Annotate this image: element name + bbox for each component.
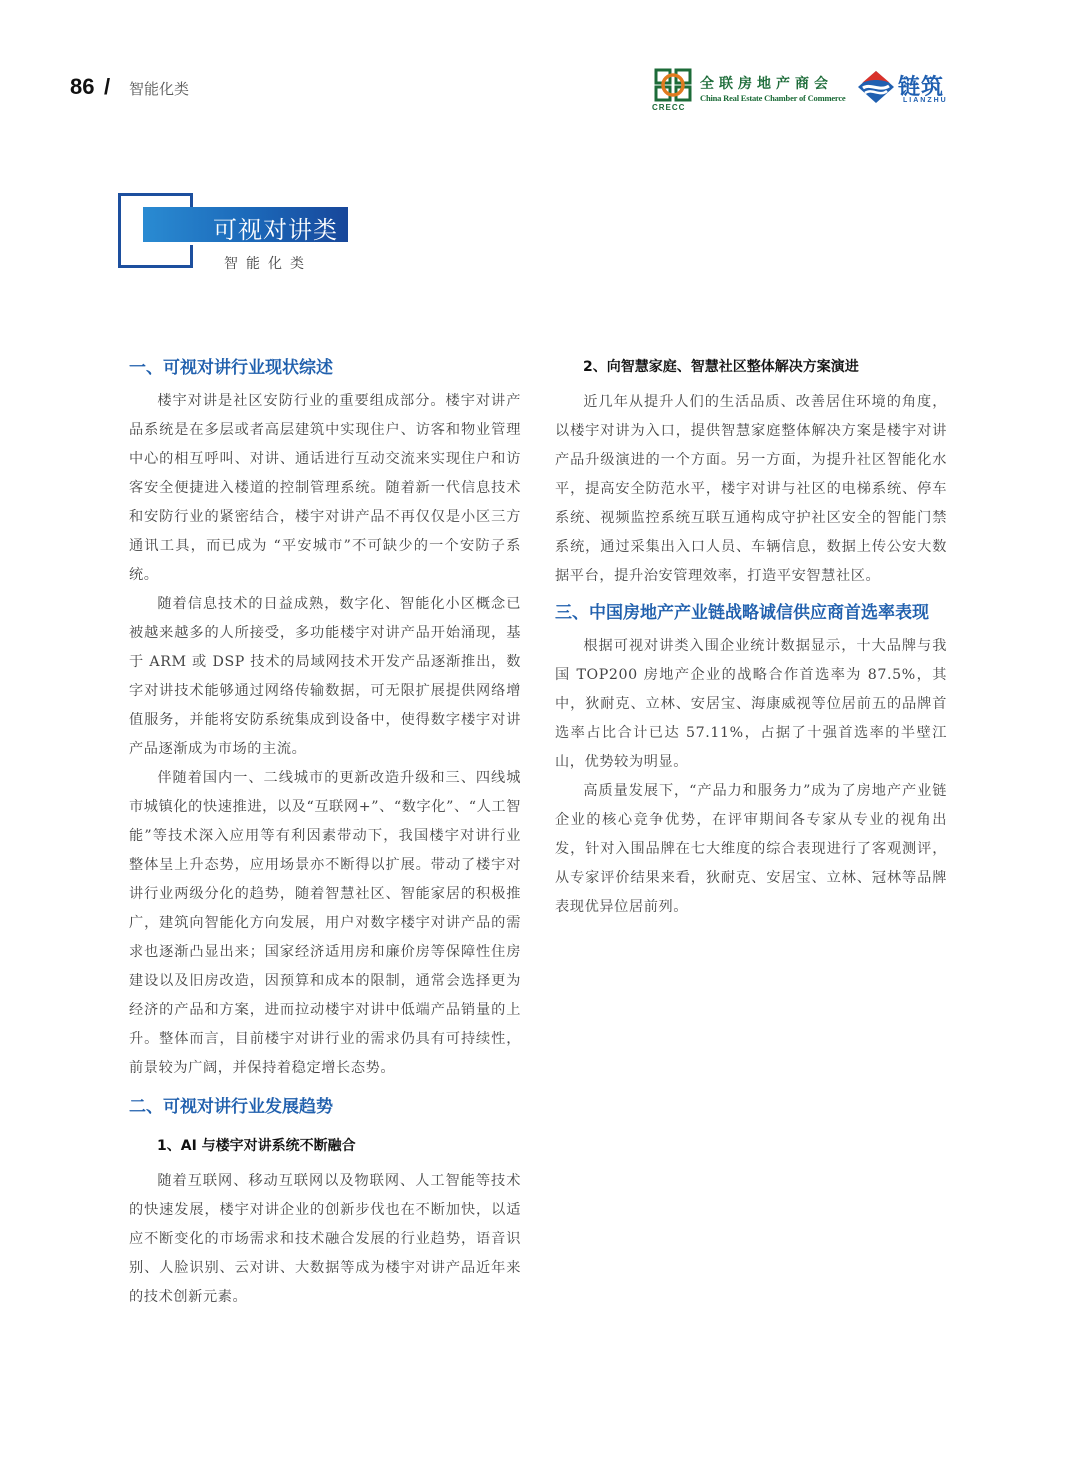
paragraph: 随着信息技术的日益成熟，数字化、智能化小区概念已被越来越多的人所接受，多功能楼宇… [129, 590, 521, 764]
category-title-block: 可视对讲类 智能化类 [118, 193, 358, 273]
header-section-name: 智能化类 [129, 78, 189, 99]
lianzhu-en-name: LIANZHU [903, 97, 948, 104]
paragraph: 高质量发展下，“产品力和服务力”成为了房地产产业链企业的核心竞争优势，在评审期间… [555, 777, 947, 922]
header-separator: / [104, 74, 110, 100]
right-column: 2、向智慧家庭、智慧社区整体解决方案演进 近几年从提升人们的生活品质、改善居住环… [555, 356, 947, 922]
crecc-logo-icon [654, 68, 692, 102]
frame-bottom [118, 265, 193, 268]
frame-left [118, 193, 121, 268]
subsection-heading-2: 2、向智慧家庭、智慧社区整体解决方案演进 [555, 356, 947, 378]
crecc-cn-name: 全联房地产商会 [700, 73, 833, 93]
crecc-abbr: CRECC [652, 103, 685, 112]
category-subtitle: 智能化类 [224, 253, 312, 273]
title-banner: 可视对讲类 [143, 207, 348, 242]
paragraph: 随着互联网、移动互联网以及物联网、人工智能等技术的快速发展，楼宇对讲企业的创新步… [129, 1167, 521, 1312]
frame-top [118, 193, 193, 196]
paragraph: 伴随着国内一、二线城市的更新改造升级和三、四线城市城镇化的快速推进，以及“互联网… [129, 764, 521, 1083]
paragraph: 近几年从提升人们的生活品质、改善居住环境的角度，以楼宇对讲为入口，提供智慧家庭整… [555, 388, 947, 591]
section-heading-1: 一、可视对讲行业现状综述 [129, 356, 521, 380]
category-title: 可视对讲类 [213, 210, 338, 245]
page-header: 86 / 智能化类 CRECC 全联房地产商会 China Real Estat… [0, 0, 1075, 130]
crecc-en-name: China Real Estate Chamber of Commerce [700, 93, 846, 103]
section-heading-2: 二、可视对讲行业发展趋势 [129, 1095, 521, 1119]
section-heading-3: 三、中国房地产产业链战略诚信供应商首选率表现 [555, 601, 947, 625]
paragraph: 楼宇对讲是社区安防行业的重要组成部分。楼宇对讲产品系统是在多层或者高层建筑中实现… [129, 387, 521, 590]
paragraph: 根据可视对讲类入围企业统计数据显示，十大品牌与我国 TOP200 房地产企业的战… [555, 632, 947, 777]
frame-right-bottom [190, 245, 193, 268]
left-column: 一、可视对讲行业现状综述 楼宇对讲是社区安防行业的重要组成部分。楼宇对讲产品系统… [129, 356, 521, 1312]
page-number: 86 [70, 74, 94, 100]
frame-right-top [190, 193, 193, 207]
lianzhu-logo-icon [856, 70, 896, 104]
subsection-heading-1: 1、AI 与楼宇对讲系统不断融合 [129, 1135, 521, 1157]
